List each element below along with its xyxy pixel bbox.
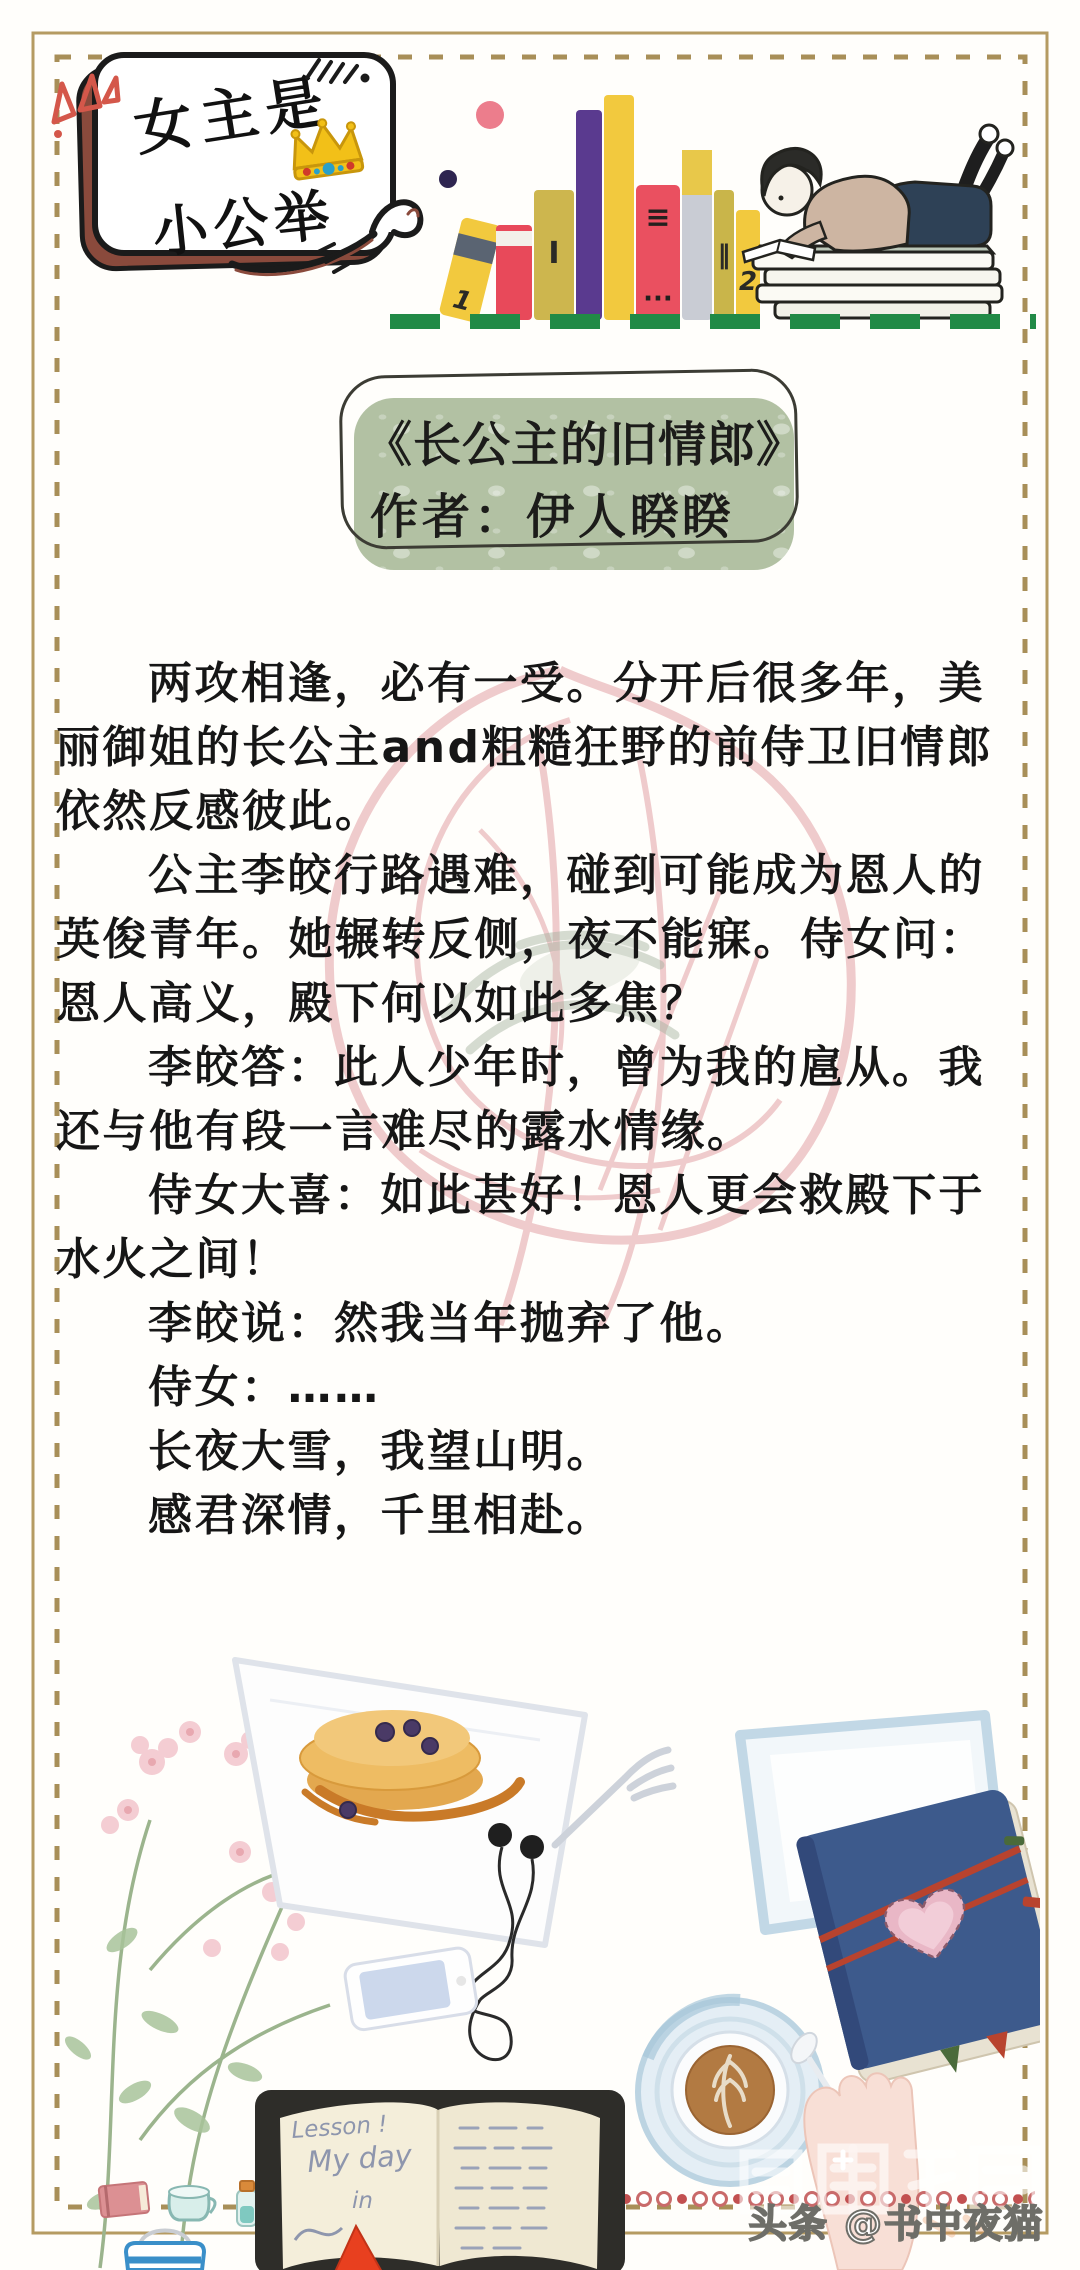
mini-book-icon [98,2182,149,2218]
title-card: 《长公主的旧情郎》 作者：伊人睽睽 [340,372,820,597]
pancake-plate [235,1660,585,1945]
synopsis-paragraph: 李皎答：此人少年时，曾为我的扈从。我还与他有段一言难尽的露水情缘。 [56,1036,1024,1164]
girl [743,125,1013,262]
book-red2: ≡ ··· [636,185,680,320]
synopsis-paragraph: 感君深情，千里相赴。 [56,1484,1024,1548]
bubble-tail [222,190,452,290]
journal-notebook [795,1784,1040,2097]
book-yellow-tall [604,95,634,320]
blue-bag [126,2231,204,2270]
svg-text:I: I [548,236,559,271]
book-olive1: I [534,190,574,320]
book-author: 作者：伊人睽睽 [370,478,734,547]
svg-text:in: in [352,2188,373,2214]
mini-bottle-icon [237,2181,257,2226]
crown-icon [282,113,370,188]
mini-cup-icon [169,2186,215,2220]
girl-reading-illustration [735,100,1020,325]
synopsis-paragraph: 长夜大雪，我望山明。 [56,1420,1024,1484]
book-olive2: ‖ [714,190,734,320]
svg-text:≡: ≡ [645,200,670,235]
account-watermark: 头条 @书中夜猫 [749,2193,1044,2248]
book-purple-tall [576,110,602,320]
red-sparkle-doodle-icon [46,66,122,142]
synopsis-paragraph: 侍女：…… [56,1356,1024,1420]
phone-icon [343,1946,478,2031]
books-illustration: 1 I ≡ ··· ‖ 2 [428,85,763,325]
book-title: 《长公主的旧情郎》 [364,406,805,475]
pink-dot [476,101,504,129]
purple-dot [439,170,457,188]
hatch-marks-icon [303,54,378,86]
synopsis-paragraph: 公主李皎行路遇难，碰到可能成为恩人的英俊青年。她辗转反侧，夜不能寐。侍女问：恩人… [56,844,1024,1036]
synopsis-paragraph: 两攻相逢，必有一受。分开后很多年，美丽御姐的长公主and粗糙狂野的前侍卫旧情郎依… [56,652,1024,844]
synopsis-paragraph: 侍女大喜：如此甚好！恩人更会救殿下于水火之间！ [56,1164,1024,1292]
svg-text:‖: ‖ [718,240,731,270]
open-notebook: Lesson ! My day in [255,2090,625,2270]
book-red1 [496,225,532,320]
synopsis-text: 两攻相逢，必有一受。分开后很多年，美丽御姐的长公主and粗糙狂野的前侍卫旧情郎依… [56,652,1024,1548]
synopsis-paragraph: 李皎说：然我当年抛弃了他。 [56,1292,1024,1356]
book-gray [682,150,712,320]
green-dashed-divider [390,314,1036,329]
svg-text:···: ··· [643,284,673,314]
